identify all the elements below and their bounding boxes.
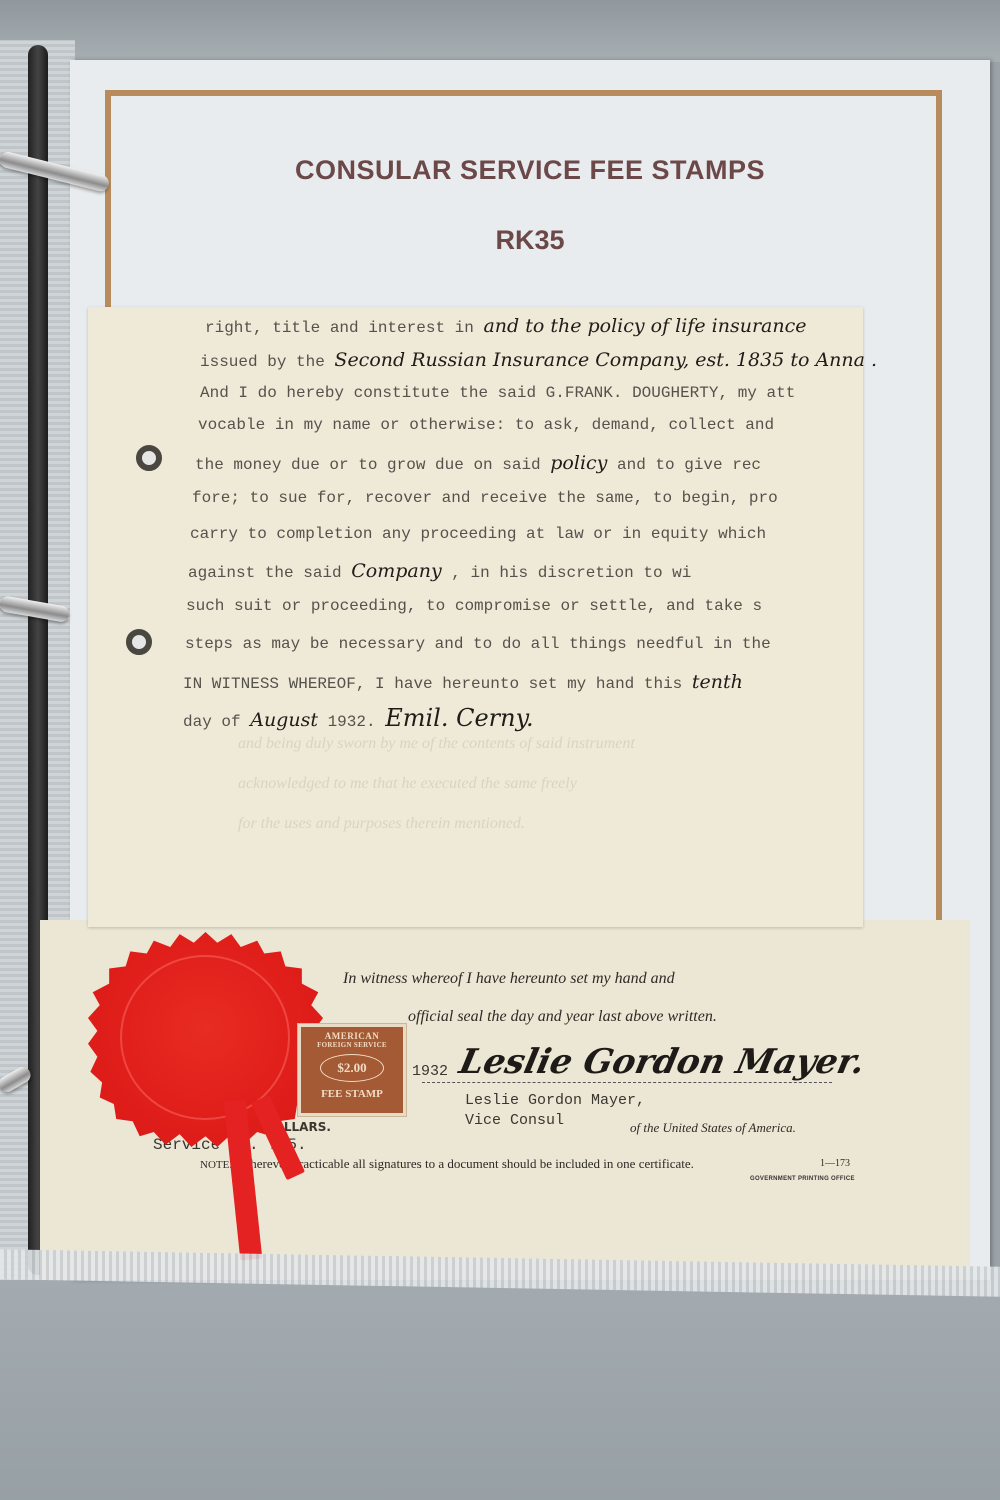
show-through-text: for the uses and purposes therein mentio…: [238, 815, 525, 833]
punch-hole-grommet: [136, 445, 162, 471]
handwritten-text: August: [250, 709, 318, 731]
signer-country: of the United States of America.: [630, 1120, 796, 1136]
show-through-text: acknowledged to me that he executed the …: [238, 775, 577, 793]
stamp-line-2: FOREIGN SERVICE: [301, 1041, 403, 1049]
binder-cover: [0, 1280, 1000, 1500]
letter-line: fore; to sue for, recover and receive th…: [192, 489, 778, 507]
printer-imprint: GOVERNMENT PRINTING OFFICE: [750, 1176, 855, 1182]
signature-line: [422, 1082, 832, 1083]
power-of-attorney-letter: right, title and interest in and to the …: [88, 307, 863, 927]
fee-stamp-rk35: AMERICAN FOREIGN SERVICE $2.00 FEE STAMP: [298, 1024, 406, 1116]
punch-hole-grommet: [126, 629, 152, 655]
signer-title: Vice Consul: [465, 1112, 564, 1129]
letter-line: such suit or proceeding, to compromise o…: [186, 597, 762, 615]
letter-line: right, title and interest in and to the …: [205, 315, 806, 337]
page-title: CONSULAR SERVICE FEE STAMPS: [70, 155, 990, 186]
letter-line: carry to completion any proceeding at la…: [190, 525, 766, 543]
signer-name: Leslie Gordon Mayer,: [465, 1092, 645, 1109]
letter-line: IN WITNESS WHEREOF, I have hereunto set …: [183, 671, 743, 693]
handwritten-text: Second Russian Insurance Company, est. 1…: [334, 349, 877, 371]
consul-signature: Leslie Gordon Mayer.: [456, 1042, 869, 1082]
stamp-line-3: FEE STAMP: [301, 1088, 403, 1100]
seal-eagle-emboss: [120, 955, 290, 1120]
catalog-number: RK35: [70, 225, 990, 256]
letter-signature: Emil. Cerny.: [385, 704, 533, 732]
letter-line: And I do hereby constitute the said G.FR…: [200, 384, 795, 402]
note-label: NOTE.: [200, 1159, 232, 1171]
letter-line: day of August 1932. Emil. Cerny.: [183, 704, 534, 732]
letter-line: vocable in my name or otherwise: to ask,…: [198, 416, 774, 434]
stamp-value: $2.00: [320, 1054, 384, 1082]
letter-line: steps as may be necessary and to do all …: [185, 635, 771, 653]
binder-top: [0, 0, 1000, 62]
letter-line: against the said Company , in his discre…: [188, 560, 691, 582]
form-number: 1—173: [820, 1158, 850, 1169]
handwritten-text: tenth: [692, 671, 743, 693]
witness-line-1: In witness whereof I have hereunto set m…: [343, 970, 675, 988]
witness-line-2: official seal the day and year last abov…: [408, 1008, 717, 1026]
letter-line: issued by the Second Russian Insurance C…: [200, 349, 877, 371]
show-through-text: and being duly sworn by me of the conten…: [238, 735, 635, 753]
date-stamp: 1932: [412, 1063, 448, 1080]
note-text: Wherever practicable all signatures to a…: [238, 1156, 694, 1172]
handwritten-text: Company: [351, 560, 441, 582]
handwritten-text: and to the policy of life insurance: [483, 315, 806, 337]
handwritten-text: policy: [550, 452, 607, 474]
letter-line: the money due or to grow due on said pol…: [195, 452, 761, 474]
stamp-line-1: AMERICAN: [301, 1031, 403, 1041]
